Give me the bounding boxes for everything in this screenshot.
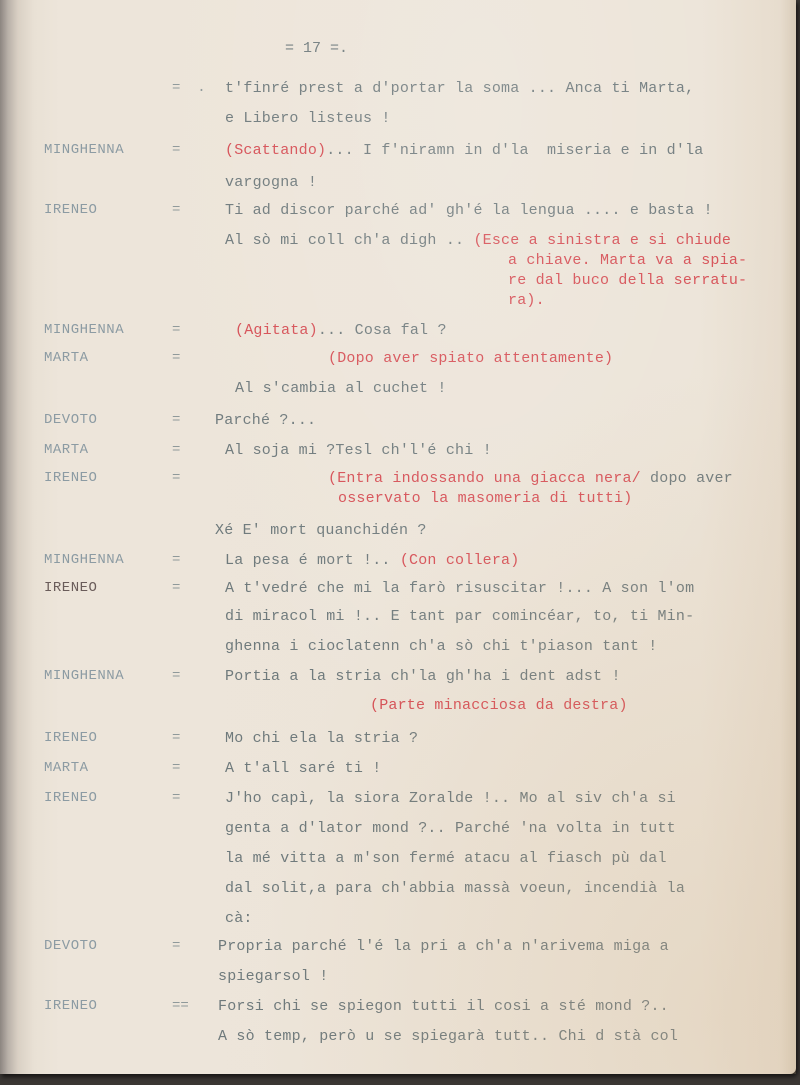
- dialogue-line: ghenna i cioclatenn ch'a sò chi t'piason…: [225, 638, 657, 656]
- speaker-name: MINGHENNA: [44, 322, 124, 338]
- dialogue-line: Forsi chi se spiegon tutti il cosi a sté…: [218, 998, 669, 1016]
- dialogue-text: La pesa é mort !..: [225, 552, 400, 569]
- dialogue-text: ... I f'niramn in d'la miseria e in d'la: [326, 142, 703, 159]
- dialogue-line: (Agitata)... Cosa fal ?: [235, 322, 447, 340]
- dialogue-text: Al sò mi coll ch'a digh ..: [225, 232, 473, 249]
- stage-direction: (Agitata): [235, 322, 318, 339]
- dialogue-separator: =: [172, 730, 180, 746]
- dialogue-line: cà:: [225, 910, 253, 928]
- dialogue-text: J'ho capì, la siora Zoralde !.. Mo al si…: [225, 790, 676, 807]
- page-number: = 17 =.: [285, 40, 348, 57]
- stage-direction: (Parte minacciosa da destra): [370, 697, 628, 714]
- dialogue-line: (Entra indossando una giacca nera/ dopo …: [328, 470, 733, 488]
- stage-direction: (Entra indossando una giacca nera/: [328, 470, 641, 487]
- dialogue-text: Al soja mi ?Tesl ch'l'é chi !: [225, 442, 492, 459]
- stage-direction: (Con collera): [400, 552, 520, 569]
- dialogue-line: di miracol mi !.. E tant par comincéar, …: [225, 608, 694, 626]
- dialogue-text: Propria parché l'é la pri a ch'a n'arive…: [218, 938, 669, 955]
- dialogue-text: ... Cosa fal ?: [318, 322, 447, 339]
- dialogue-line: (Dopo aver spiato attentamente): [328, 350, 613, 368]
- dialogue-line: Al s'cambia al cuchet !: [235, 380, 447, 398]
- dialogue-line: Xé E' mort quanchidén ?: [215, 522, 427, 540]
- dialogue-separator: ==: [172, 998, 189, 1014]
- speaker-name: IRENEO: [44, 202, 97, 218]
- dialogue-line: spiegarsol !: [218, 968, 328, 986]
- dialogue-line: genta a d'lator mond ?.. Parché 'na volt…: [225, 820, 676, 838]
- dialogue-separator: =: [172, 790, 180, 806]
- dialogue-separator: =: [172, 442, 180, 458]
- speaker-name: MARTA: [44, 760, 89, 776]
- dialogue-separator: =: [172, 470, 180, 486]
- dialogue-separator: =: [172, 142, 180, 158]
- dialogue-line: e Libero listeus !: [225, 110, 391, 128]
- dialogue-line: A t'vedré che mi la farò risuscitar !...…: [225, 580, 694, 598]
- dialogue-line: Ti ad discor parché ad' gh'é la lengua .…: [225, 202, 713, 220]
- dialogue-text: t'finré prest a d'portar la soma ... Anc…: [225, 80, 694, 97]
- stage-direction: ra).: [508, 292, 545, 309]
- dialogue-separator: =: [172, 350, 180, 366]
- dialogue-text: dopo aver: [641, 470, 733, 487]
- stage-direction: (Dopo aver spiato attentamente): [328, 350, 613, 367]
- dialogue-line: osservato la masomeria di tutti): [338, 490, 632, 508]
- stage-direction: (Esce a sinistra e si chiude: [473, 232, 731, 249]
- stage-direction: (Scattando): [225, 142, 326, 159]
- dialogue-text: genta a d'lator mond ?.. Parché 'na volt…: [225, 820, 676, 837]
- dialogue-text: A t'vedré che mi la farò risuscitar !...…: [225, 580, 694, 597]
- dialogue-text: Parché ?...: [215, 412, 316, 429]
- speaker-name: DEVOTO: [44, 938, 97, 954]
- dialogue-separator: =: [172, 668, 180, 684]
- speaker-name: DEVOTO: [44, 412, 97, 428]
- speaker-name: MINGHENNA: [44, 142, 124, 158]
- dialogue-text: ghenna i cioclatenn ch'a sò chi t'piason…: [225, 638, 657, 655]
- stage-direction: osservato la masomeria di tutti): [338, 490, 632, 507]
- dialogue-text: A sò temp, però u se spiegarà tutt.. Chi…: [218, 1028, 678, 1045]
- speaker-name: IRENEO: [44, 790, 97, 806]
- dialogue-line: Al soja mi ?Tesl ch'l'é chi !: [225, 442, 492, 460]
- dialogue-text: Xé E' mort quanchidén ?: [215, 522, 427, 539]
- speaker-name: IRENEO: [44, 730, 97, 746]
- dialogue-text: A t'all saré ti !: [225, 760, 381, 777]
- dialogue-text: la mé vitta a m'son fermé atacu al fiasc…: [225, 850, 667, 867]
- dialogue-line: (Parte minacciosa da destra): [370, 697, 628, 715]
- dialogue-line: Al sò mi coll ch'a digh .. (Esce a sinis…: [225, 232, 731, 250]
- dialogue-text: vargogna !: [225, 174, 317, 191]
- dialogue-line: La pesa é mort !.. (Con collera): [225, 552, 519, 570]
- dialogue-line: Mo chi ela la stria ?: [225, 730, 418, 748]
- speaker-name: MINGHENNA: [44, 668, 124, 684]
- dialogue-separator: = .: [172, 80, 206, 96]
- dialogue-line: Portia a la stria ch'la gh'ha i dent ads…: [225, 668, 621, 686]
- speaker-name: IRENEO: [44, 998, 97, 1014]
- dialogue-line: J'ho capì, la siora Zoralde !.. Mo al si…: [225, 790, 676, 808]
- dialogue-line: A sò temp, però u se spiegarà tutt.. Chi…: [218, 1028, 678, 1046]
- dialogue-line: a chiave. Marta va a spia-: [508, 252, 747, 270]
- dialogue-text: spiegarsol !: [218, 968, 328, 985]
- dialogue-separator: =: [172, 760, 180, 776]
- speaker-name: MARTA: [44, 442, 89, 458]
- dialogue-text: Portia a la stria ch'la gh'ha i dent ads…: [225, 668, 621, 685]
- speaker-name: IRENEO: [44, 580, 97, 596]
- dialogue-text: dal solit,a para ch'abbia massà voeun, i…: [225, 880, 685, 897]
- dialogue-text: Al s'cambia al cuchet !: [235, 380, 447, 397]
- typewritten-script-page: = 17 =. = .t'finré prest a d'portar la s…: [0, 0, 796, 1074]
- dialogue-separator: =: [172, 412, 180, 428]
- dialogue-separator: =: [172, 938, 180, 954]
- stage-direction: re dal buco della serratu-: [508, 272, 747, 289]
- dialogue-line: Propria parché l'é la pri a ch'a n'arive…: [218, 938, 669, 956]
- dialogue-line: Parché ?...: [215, 412, 316, 430]
- dialogue-line: la mé vitta a m'son fermé atacu al fiasc…: [225, 850, 667, 868]
- speaker-name: IRENEO: [44, 470, 97, 486]
- dialogue-line: dal solit,a para ch'abbia massà voeun, i…: [225, 880, 685, 898]
- stage-direction: a chiave. Marta va a spia-: [508, 252, 747, 269]
- dialogue-separator: =: [172, 580, 180, 596]
- speaker-name: MARTA: [44, 350, 89, 366]
- dialogue-text: Mo chi ela la stria ?: [225, 730, 418, 747]
- dialogue-text: di miracol mi !.. E tant par comincéar, …: [225, 608, 694, 625]
- dialogue-line: ra).: [508, 292, 545, 310]
- dialogue-text: e Libero listeus !: [225, 110, 391, 127]
- dialogue-line: (Scattando)... I f'niramn in d'la miseri…: [225, 142, 703, 160]
- dialogue-line: t'finré prest a d'portar la soma ... Anc…: [225, 80, 694, 98]
- dialogue-line: re dal buco della serratu-: [508, 272, 747, 290]
- dialogue-separator: =: [172, 552, 180, 568]
- dialogue-separator: =: [172, 202, 180, 218]
- dialogue-separator: =: [172, 322, 180, 338]
- dialogue-text: cà:: [225, 910, 253, 927]
- dialogue-line: vargogna !: [225, 174, 317, 192]
- dialogue-text: Ti ad discor parché ad' gh'é la lengua .…: [225, 202, 713, 219]
- dialogue-text: Forsi chi se spiegon tutti il cosi a sté…: [218, 998, 669, 1015]
- speaker-name: MINGHENNA: [44, 552, 124, 568]
- dialogue-line: A t'all saré ti !: [225, 760, 381, 778]
